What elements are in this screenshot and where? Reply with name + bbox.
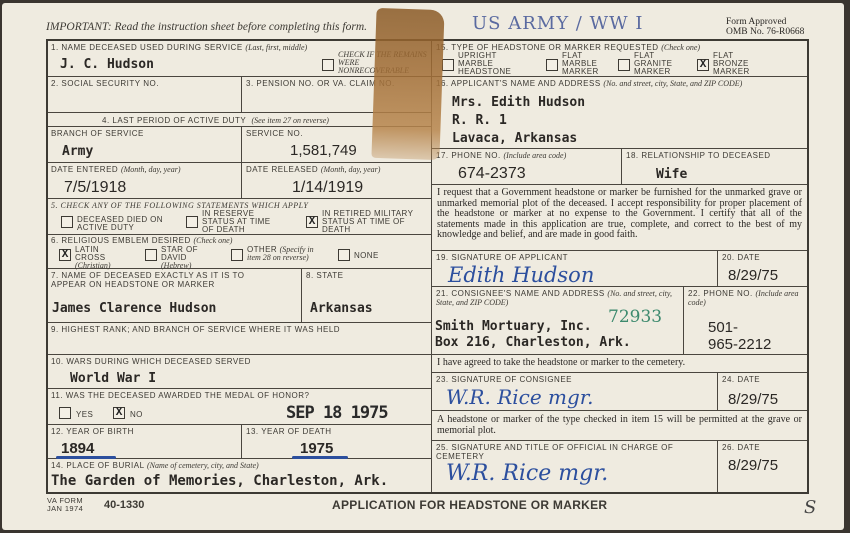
reserve-status-label: In reserve status at time of death [202,210,272,234]
item17-label: 17. Phone No. (Include area code) [436,151,566,160]
flat-marble-checkbox[interactable] [546,59,558,71]
received-date-stamp: SEP 18 1975 [286,403,388,423]
item1-label: 1. Name deceased used during service (La… [51,43,307,52]
item17-applicant-phone[interactable]: 17. Phone No. (Include area code) 674-23… [432,149,622,185]
item19-label: 19. Signature of Applicant [436,253,568,262]
item21-label: 21. Consignee's name and address (No. an… [436,289,676,307]
item8-label: 8. State [306,271,344,280]
applicant-address-line2: R. R. 1 [452,113,507,128]
medal-yes-checkbox[interactable] [59,407,71,419]
date-released-value: 1/14/1919 [292,179,363,197]
branch-value: Army [62,144,93,159]
item18-relationship[interactable]: 18. Relationship to deceased Wife [622,149,807,185]
flat-bronze-checkbox[interactable]: X [697,59,709,71]
omb-number: OMB No. 76-R0668 [726,27,804,37]
item14-place-of-burial[interactable]: 14. Place of Burial (Name of cemetery, c… [48,459,432,492]
zip-handwritten-note: 72933 [608,307,662,327]
service-no-value: 1,581,749 [290,142,357,159]
item11-medal-of-honor: 11. Was the deceased awarded the Medal o… [48,389,432,425]
agreement-text: I have agreed to take the headstone or m… [437,358,685,369]
cemetery-permission: A headstone or marker of the type checke… [432,411,807,441]
item7-label: 7. Name of deceased exactly as it is to … [51,271,251,289]
medal-no-label: No [130,411,143,419]
permission-text: A headstone or marker of the type checke… [437,415,802,436]
consignee-signature: W.R. Rice mgr. [446,385,594,409]
star-of-david-checkbox[interactable] [145,249,157,261]
item13-value: 1975 [300,440,333,457]
flat-marble-label: Flat Marble Marker [562,52,612,76]
service-no-label: Service No. [246,129,303,138]
latin-cross-label: Latin Cross(Christian) [75,246,115,270]
consignee-phone-line1: 501- [708,319,738,336]
other-emblem-label: Other (Specify in item 28 on reverse) [247,246,317,262]
item13-label: 13. Year of Death [246,427,332,436]
important-notice: IMPORTANT: Read the instruction sheet be… [46,21,367,33]
item21-consignee-address[interactable]: 21. Consignee's name and address (No. an… [432,287,684,355]
item6-label: 6. Religious emblem desired (Check one) [51,236,232,245]
item14-value: The Garden of Memories, Charleston, Ark. [51,473,388,489]
medal-yes-label: Yes [76,411,93,419]
form-title: APPLICATION FOR HEADSTONE OR MARKER [332,498,607,512]
applicant-address-line3: Lavaca, Arkansas [452,131,577,146]
date-entered-label: Date Entered (Month, day, year) [51,165,180,174]
item18-value: Wife [656,167,687,182]
latin-cross-checkbox[interactable]: X [59,249,71,261]
item15-headstone-type: 15. Type of headstone or marker requeste… [432,41,807,77]
item20-label: 20. Date [722,253,760,262]
certification-text: I request that a Government headstone or… [437,188,802,241]
flat-granite-label: Flat Granite Marker [634,52,690,76]
tape-stain [371,8,444,160]
consignee-phone-line2: 965-2212 [708,336,771,353]
item2-label: 2. Social Security No. [51,79,159,88]
item23-label: 23. Signature of Consignee [436,375,572,384]
item22-label: 22. Phone No. (Include area code) [688,289,803,307]
form-number: 40-1330 [104,499,144,511]
item2-ssn[interactable]: 2. Social Security No. [48,77,242,113]
item12-year-of-birth[interactable]: 12. Year of Birth 1894 [48,425,242,459]
reserve-status-checkbox[interactable] [186,216,198,228]
nonrecoverable-checkbox[interactable] [322,59,334,71]
other-emblem-checkbox[interactable] [231,249,243,261]
flat-bronze-label: Flat Bronze Marker [713,52,763,76]
item20-value: 8/29/75 [728,267,778,284]
item12-value: 1894 [61,440,94,457]
flat-granite-checkbox[interactable] [618,59,630,71]
item4-label: 4. Last period of active duty (See item … [102,116,329,125]
item10-label: 10. Wars during which deceased served [51,357,251,366]
item16-applicant-address[interactable]: 16. Applicant's name and address (No. an… [432,77,807,149]
item25-label: 25. Signature and title of official in c… [436,443,706,461]
item7-headstone-name[interactable]: 7. Name of deceased exactly as it is to … [48,269,302,323]
item26-value: 8/29/75 [728,457,778,474]
date-released-label: Date Released (Month, day, year) [246,165,380,174]
item8-value: Arkansas [310,301,373,316]
item1-value: J. C. Hudson [60,57,154,72]
item16-label: 16. Applicant's name and address (No. an… [436,79,742,88]
upright-marble-label: Upright Marble Headstone [458,52,528,76]
consignee-agreement: I have agreed to take the headstone or m… [432,355,807,373]
item25-official-signature[interactable]: 25. Signature and title of official in c… [432,441,718,492]
date-entered[interactable]: Date Entered (Month, day, year) 7/5/1918 [48,163,242,199]
item26-date[interactable]: 26. Date 8/29/75 [718,441,807,492]
item12-label: 12. Year of Birth [51,427,134,436]
item6-religious-emblem: 6. Religious emblem desired (Check one) … [48,235,432,269]
none-emblem-checkbox[interactable] [338,249,350,261]
date-entered-value: 7/5/1918 [64,179,126,197]
item24-date[interactable]: 24. Date 8/29/75 [718,373,807,411]
item22-consignee-phone[interactable]: 22. Phone No. (Include area code) 501- 9… [684,287,807,355]
item26-label: 26. Date [722,443,760,452]
died-active-duty-checkbox[interactable] [61,216,73,228]
item3-label: 3. Pension No. or VA. Claim No. [246,79,395,88]
star-of-david-label: Star of David(Hebrew) [161,246,209,270]
none-emblem-label: None [354,252,379,260]
retired-status-label: In retired military status at time of de… [322,210,432,234]
form-approved: Form Approved [726,17,786,27]
date-released[interactable]: Date Released (Month, day, year) 1/14/19… [242,163,432,199]
item8-state[interactable]: 8. State Arkansas [302,269,432,323]
item7-value: James Clarence Hudson [52,301,216,316]
branch-of-service[interactable]: Branch of Service Army [48,127,242,163]
upright-marble-checkbox[interactable] [442,59,454,71]
item10-value: World War I [70,371,156,386]
item20-date[interactable]: 20. Date 8/29/75 [718,251,807,287]
item9-highest-rank[interactable]: 9. Highest rank; and branch of service w… [48,323,432,355]
official-signature: W.R. Rice mgr. [446,461,608,486]
died-active-duty-label: Deceased died on active duty [77,216,167,232]
retired-status-checkbox[interactable]: X [306,216,318,228]
consignee-name: Smith Mortuary, Inc. [435,319,592,334]
item10-wars[interactable]: 10. Wars during which deceased served Wo… [48,355,432,389]
consignee-address: Box 216, Charleston, Ark. [435,335,631,350]
medal-no-checkbox[interactable]: X [113,407,125,419]
item23-consignee-signature[interactable]: 23. Signature of Consignee W.R. Rice mgr… [432,373,718,411]
item11-label: 11. Was the deceased awarded the Medal o… [51,391,309,400]
item24-value: 8/29/75 [728,391,778,408]
va-form-label: VA FORM JAN 1974 [47,497,83,513]
item13-year-of-death[interactable]: 13. Year of Death 1975 [242,425,432,459]
item17-value: 674-2373 [458,165,526,183]
certification-statement: I request that a Government headstone or… [432,185,807,251]
item19-applicant-signature[interactable]: 19. Signature of Applicant Edith Hudson [432,251,718,287]
item18-label: 18. Relationship to deceased [626,151,771,160]
applicant-signature: Edith Hudson [448,263,594,287]
document-page: IMPORTANT: Read the instruction sheet be… [2,3,844,530]
branch-label: Branch of Service [51,129,144,138]
handwritten-note: US ARMY / WW I [472,13,643,34]
item5-label: 5. Check any of the following statements… [51,201,308,210]
item9-label: 9. Highest rank; and branch of service w… [51,325,340,334]
applicant-name: Mrs. Edith Hudson [452,95,585,110]
page-mark: S [804,497,816,518]
item14-label: 14. Place of Burial (Name of cemetery, c… [51,461,259,470]
item24-label: 24. Date [722,375,760,384]
item5-statements: 5. Check any of the following statements… [48,199,432,235]
